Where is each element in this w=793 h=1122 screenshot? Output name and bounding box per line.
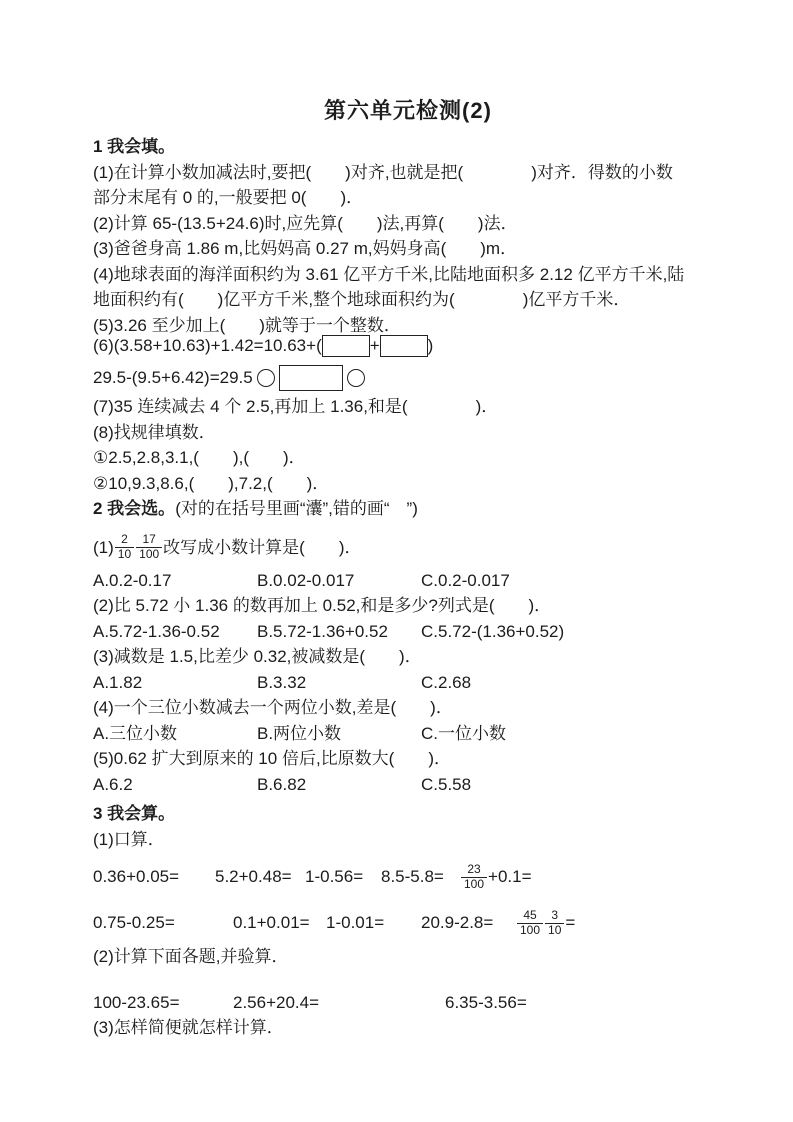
s2-q1-prefix: (1) bbox=[93, 535, 114, 561]
option-b: B.0.02-0.017 bbox=[257, 568, 421, 594]
oral-item-suffix: = bbox=[565, 910, 575, 936]
q1-line-1: (1)在计算小数加减法时,要把( )对齐,也就是把( )对齐．得数的小数 bbox=[93, 160, 723, 186]
operator-circle-2 bbox=[347, 369, 365, 387]
option-c: C.2.68 bbox=[421, 670, 723, 696]
section-1-heading: 1 我会填。 bbox=[93, 134, 723, 160]
oral-item: 0.1+0.01= bbox=[233, 910, 326, 936]
s3-sub1-line: (1)口算． bbox=[93, 827, 723, 853]
fraction-numerator: 23 bbox=[461, 863, 487, 878]
q6-line-2: 29.5-(9.5+6.42)=29.5 bbox=[93, 362, 723, 394]
fraction-denominator: 100 bbox=[461, 878, 487, 892]
oral-calculation-row-1: 0.36+0.05= 5.2+0.48= 1-0.56= 8.5-5.8= 23… bbox=[93, 856, 723, 898]
option-a: A.0.2-0.17 bbox=[93, 568, 257, 594]
fraction-23-100: 23 100 bbox=[461, 863, 487, 892]
option-b: B.6.82 bbox=[257, 772, 421, 798]
option-c: C.5.72-(1.36+0.52) bbox=[421, 619, 723, 645]
oral-item-suffix: +0.1= bbox=[488, 864, 532, 890]
calc-item: 6.35-3.56= bbox=[445, 990, 723, 1016]
q8-sequence-1: ①2.5,2.8,3.1,( ),( )． bbox=[93, 445, 723, 471]
s2-q2-line: (2)比 5.72 小 1.36 的数再加上 0.52,和是多少?列式是( )． bbox=[93, 593, 723, 619]
oral-item: 20.9-2.8= bbox=[421, 910, 516, 936]
oral-item: 1-0.01= bbox=[326, 910, 421, 936]
q4-line-2: 地面积约有( )亿平方千米,整个地球面积约为( )亿平方千米． bbox=[93, 287, 723, 313]
q8-line: (8)找规律填数． bbox=[93, 420, 723, 446]
oral-item: 8.5-5.8= bbox=[381, 864, 460, 890]
option-c: C.5.58 bbox=[421, 772, 723, 798]
q1-line-2: 部分末尾有 0 的,一般要把 0( )． bbox=[93, 185, 723, 211]
fraction-3-10: 3 10 bbox=[545, 909, 564, 938]
fraction-numerator: 2 bbox=[115, 533, 134, 548]
option-a: A.1.82 bbox=[93, 670, 257, 696]
s2-q5-line: (5)0.62 扩大到原来的 10 倍后,比原数大( )． bbox=[93, 746, 723, 772]
oral-item-fractions: 45 100 3 10 = bbox=[516, 909, 723, 938]
q4-line-1: (4)地球表面的海洋面积约为 3.61 亿平方千米,比陆地面积多 2.12 亿平… bbox=[93, 262, 723, 288]
section-3-heading: 3 我会算。 bbox=[93, 801, 723, 827]
fraction-denominator: 10 bbox=[115, 548, 134, 562]
s2-q3-options: A.1.82 B.3.32 C.2.68 bbox=[93, 670, 723, 696]
q6-expression-prefix: (6)(3.58+10.63)+1.42=10.63+( bbox=[93, 333, 322, 359]
written-calculation-row: 100-23.65= 2.56+20.4= 6.35-3.56= bbox=[93, 990, 723, 1016]
option-a: A.三位小数 bbox=[93, 721, 257, 747]
oral-item: 0.36+0.05= bbox=[93, 864, 215, 890]
fraction-denominator: 100 bbox=[136, 548, 162, 562]
option-a: A.5.72-1.36-0.52 bbox=[93, 619, 257, 645]
fraction-numerator: 17 bbox=[136, 533, 162, 548]
q6b-expression-prefix: 29.5-(9.5+6.42)=29.5 bbox=[93, 365, 253, 391]
fraction-2-10: 2 10 bbox=[115, 533, 134, 562]
s3-sub2-line: (2)计算下面各题,并验算． bbox=[93, 944, 723, 970]
s2-q3-line: (3)减数是 1.5,比差少 0.32,被减数是( )． bbox=[93, 644, 723, 670]
oral-calculation-row-2: 0.75-0.25= 0.1+0.01= 1-0.01= 20.9-2.8= 4… bbox=[93, 902, 723, 944]
fraction-denominator: 10 bbox=[545, 924, 564, 938]
option-c: C.0.2-0.017 bbox=[421, 568, 723, 594]
calc-item: 2.56+20.4= bbox=[233, 990, 445, 1016]
option-b: B.5.72-1.36+0.52 bbox=[257, 619, 421, 645]
fraction-45-100: 45 100 bbox=[517, 909, 543, 938]
s2-q1-line: (1) 2 10 17 100 改写成小数计算是( )． bbox=[93, 528, 723, 568]
answer-box-2 bbox=[380, 335, 428, 357]
q6-close-paren: ) bbox=[428, 333, 434, 359]
q6-line-1: (6)(3.58+10.63)+1.42=10.63+( + ) bbox=[93, 330, 723, 362]
q2-line: (2)计算 65-(13.5+24.6)时,应先算( )法,再算( )法． bbox=[93, 211, 723, 237]
doc-title: 第六单元检测(2) bbox=[93, 97, 723, 124]
option-a: A.6.2 bbox=[93, 772, 257, 798]
section-2-heading: 2 我会选。(对的在括号里画“灢”,错的画“ ”) bbox=[93, 496, 723, 522]
oral-item: 0.75-0.25= bbox=[93, 910, 233, 936]
section-2-heading-label: 2 我会选。 bbox=[93, 499, 175, 518]
s2-q1-options: A.0.2-0.17 B.0.02-0.017 C.0.2-0.017 bbox=[93, 568, 723, 594]
oral-item: 1-0.56= bbox=[305, 864, 381, 890]
oral-item: 5.2+0.48= bbox=[215, 864, 305, 890]
operator-circle-1 bbox=[257, 369, 275, 387]
s2-q2-options: A.5.72-1.36-0.52 B.5.72-1.36+0.52 C.5.72… bbox=[93, 619, 723, 645]
q8-sequence-2: ②10,9.3,8.6,( ),7.2,( )． bbox=[93, 471, 723, 497]
s3-sub3-line: (3)怎样简便就怎样计算． bbox=[93, 1015, 723, 1041]
s2-q4-line: (4)一个三位小数减去一个两位小数,差是( )． bbox=[93, 695, 723, 721]
option-b: B.3.32 bbox=[257, 670, 421, 696]
worksheet-page: 第六单元检测(2) 1 我会填。 (1)在计算小数加减法时,要把( )对齐,也就… bbox=[0, 0, 793, 1122]
s2-q4-options: A.三位小数 B.两位小数 C.一位小数 bbox=[93, 721, 723, 747]
q6-plus-sign: + bbox=[370, 333, 380, 359]
fraction-numerator: 45 bbox=[517, 909, 543, 924]
section-2-heading-note: (对的在括号里画“灢”,错的画“ ”) bbox=[175, 499, 418, 518]
fraction-17-100: 17 100 bbox=[136, 533, 162, 562]
calc-item: 100-23.65= bbox=[93, 990, 233, 1016]
answer-box-3 bbox=[279, 365, 343, 391]
fraction-denominator: 100 bbox=[517, 924, 543, 938]
oral-item-fraction: 23 100 +0.1= bbox=[460, 863, 723, 892]
q7-line: (7)35 连续减去 4 个 2.5,再加上 1.36,和是( )． bbox=[93, 394, 723, 420]
q3-line: (3)爸爸身高 1.86 m,比妈妈高 0.27 m,妈妈身高( )m． bbox=[93, 236, 723, 262]
s2-q1-suffix: 改写成小数计算是( )． bbox=[163, 535, 361, 561]
s2-q5-options: A.6.2 B.6.82 C.5.58 bbox=[93, 772, 723, 798]
option-c: C.一位小数 bbox=[421, 721, 723, 747]
option-b: B.两位小数 bbox=[257, 721, 421, 747]
answer-box-1 bbox=[322, 335, 370, 357]
fraction-numerator: 3 bbox=[545, 909, 564, 924]
